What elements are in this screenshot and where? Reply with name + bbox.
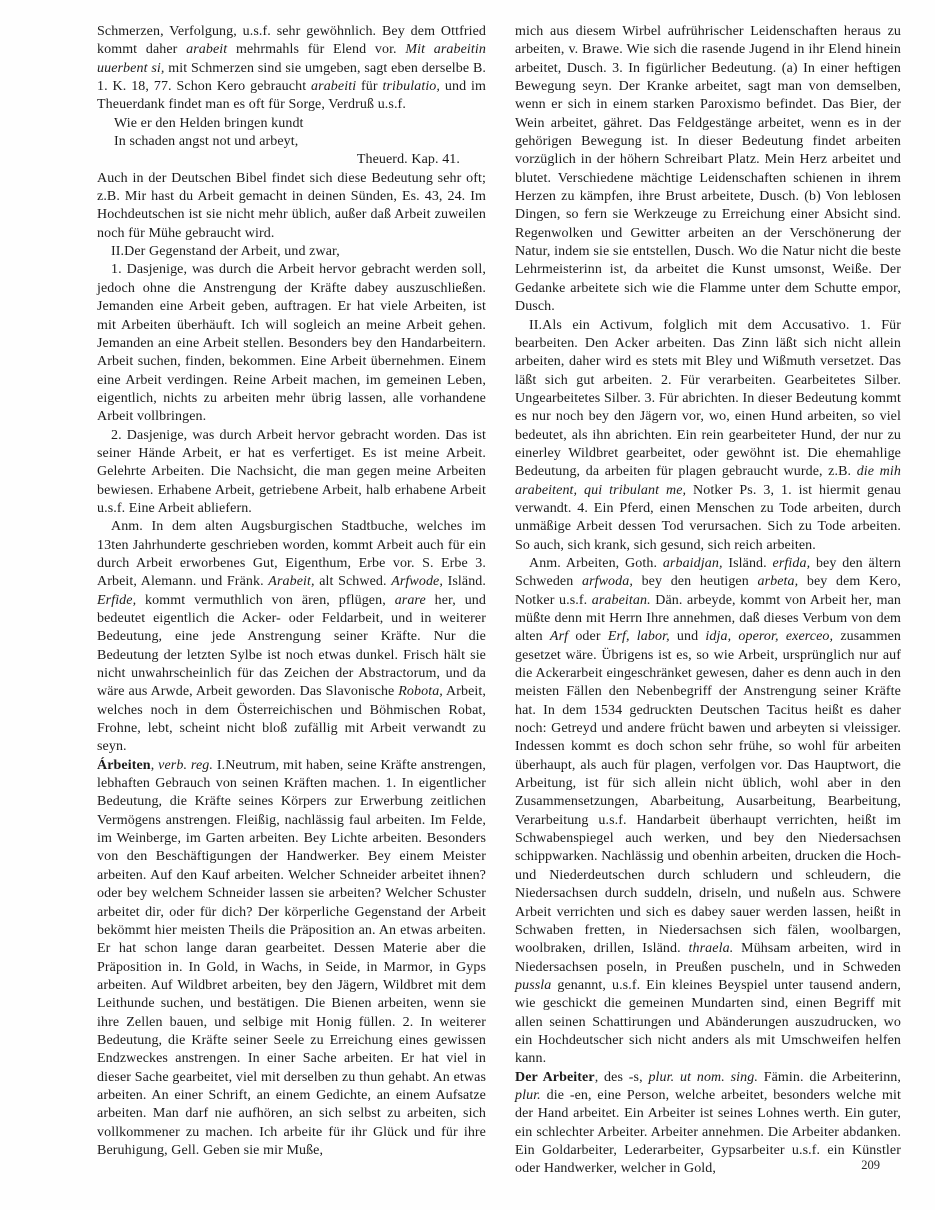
body-text: mich aus diesem Wirbel aufrührischer Lei…: [515, 24, 901, 314]
body-text: oder: [568, 629, 608, 644]
body-text: Wie er den Helden bringen kundt: [114, 116, 304, 131]
italic-text: erfida,: [773, 556, 811, 571]
dictionary-page: Schmerzen, Verfolgung, u.s.f. sehr gewöh…: [0, 0, 935, 1210]
body-text: genannt, u.s.f. Ein kleines Beyspiel unt…: [515, 978, 901, 1066]
body-text: 2. Dasjenige, was durch Arbeit hervor ge…: [97, 428, 486, 516]
italic-text: pussla: [515, 978, 551, 993]
paragraph: Árbeiten, verb. reg. I.Neutrum, mit habe…: [97, 757, 486, 1161]
italic-text: Arfwode,: [391, 574, 443, 589]
headword: Árbeiten: [97, 758, 151, 773]
body-text: für: [356, 79, 382, 94]
page-number: 209: [861, 1158, 880, 1173]
body-text: , des -s,: [595, 1070, 649, 1085]
body-text: 1. Dasjenige, was durch die Arbeit hervo…: [97, 262, 486, 424]
italic-text: Erf, labor,: [608, 629, 670, 644]
body-text: und: [670, 629, 706, 644]
body-text: Theuerd. Kap. 41.: [357, 152, 460, 167]
italic-text: arabeit: [186, 42, 227, 57]
italic-text: tribulatio,: [383, 79, 441, 94]
paragraph: 1. Dasjenige, was durch die Arbeit hervo…: [97, 261, 486, 426]
paragraph: Wie er den Helden bringen kundt: [97, 115, 486, 133]
text-column-left: Schmerzen, Verfolgung, u.s.f. sehr gewöh…: [97, 23, 486, 1179]
paragraph: Theuerd. Kap. 41.: [97, 151, 486, 169]
italic-text: arabeitan.: [592, 593, 651, 608]
text-column-right: mich aus diesem Wirbel aufrührischer Lei…: [515, 23, 901, 1179]
body-text: I.Neutrum, mit haben, seine Kräfte anstr…: [97, 758, 486, 1158]
body-text: Isländ.: [723, 556, 773, 571]
headword: Der Arbeiter: [515, 1070, 595, 1085]
paragraph: In schaden angst not und arbeyt,: [97, 133, 486, 151]
italic-text: Arf: [550, 629, 568, 644]
paragraph: II.Der Gegenstand der Arbeit, und zwar,: [97, 243, 486, 261]
italic-text: Arabeit,: [268, 574, 314, 589]
italic-text: arfwoda,: [582, 574, 633, 589]
italic-text: idja, operor, exerceo,: [705, 629, 833, 644]
italic-text: thraela.: [689, 941, 734, 956]
italic-text: arbeta,: [757, 574, 798, 589]
paragraph: Anm. In dem alten Augsburgischen Stadtbu…: [97, 518, 486, 756]
body-text: Auch in der Deutschen Bibel findet sich …: [97, 171, 486, 241]
body-text: Anm. Arbeiten, Goth.: [529, 556, 663, 571]
paragraph: Der Arbeiter, des -s, plur. ut nom. sing…: [515, 1069, 901, 1179]
italic-text: arbaidjan,: [663, 556, 723, 571]
body-text: mehrmahls für Elend vor.: [227, 42, 405, 57]
body-text: In schaden angst not und arbeyt,: [114, 134, 298, 149]
body-text: Isländ.: [443, 574, 486, 589]
body-text: alt Schwed.: [315, 574, 392, 589]
body-text: die -en, eine Person, welche arbeitet, b…: [515, 1088, 901, 1176]
italic-text: arabeiti: [311, 79, 356, 94]
body-text: II.Der Gegenstand der Arbeit, und zwar,: [111, 244, 340, 259]
italic-text: plur.: [515, 1088, 541, 1103]
paragraph: Schmerzen, Verfolgung, u.s.f. sehr gewöh…: [97, 23, 486, 115]
paragraph: Auch in der Deutschen Bibel findet sich …: [97, 170, 486, 243]
paragraph: 2. Dasjenige, was durch Arbeit hervor ge…: [97, 427, 486, 519]
italic-text: Robota,: [398, 684, 443, 699]
body-text: Fämin. die Arbeiterinn,: [758, 1070, 901, 1085]
paragraph: II.Als ein Activum, folglich mit dem Acc…: [515, 317, 901, 555]
italic-text: arare: [395, 593, 426, 608]
page-text-area: Schmerzen, Verfolgung, u.s.f. sehr gewöh…: [97, 23, 901, 1179]
italic-text: plur. ut nom. sing.: [648, 1070, 758, 1085]
body-text: kommt vermuthlich von ären, pflügen,: [136, 593, 394, 608]
paragraph: Anm. Arbeiten, Goth. arbaidjan, Isländ. …: [515, 555, 901, 1069]
body-text: zusammen gesetzet wäre. Übrigens ist es,…: [515, 629, 901, 956]
italic-text: verb. reg.: [158, 758, 213, 773]
italic-text: Erfide,: [97, 593, 136, 608]
body-text: II.Als ein Activum, folglich mit dem Acc…: [515, 318, 901, 480]
body-text: bey den heutigen: [633, 574, 758, 589]
paragraph: mich aus diesem Wirbel aufrührischer Lei…: [515, 23, 901, 317]
